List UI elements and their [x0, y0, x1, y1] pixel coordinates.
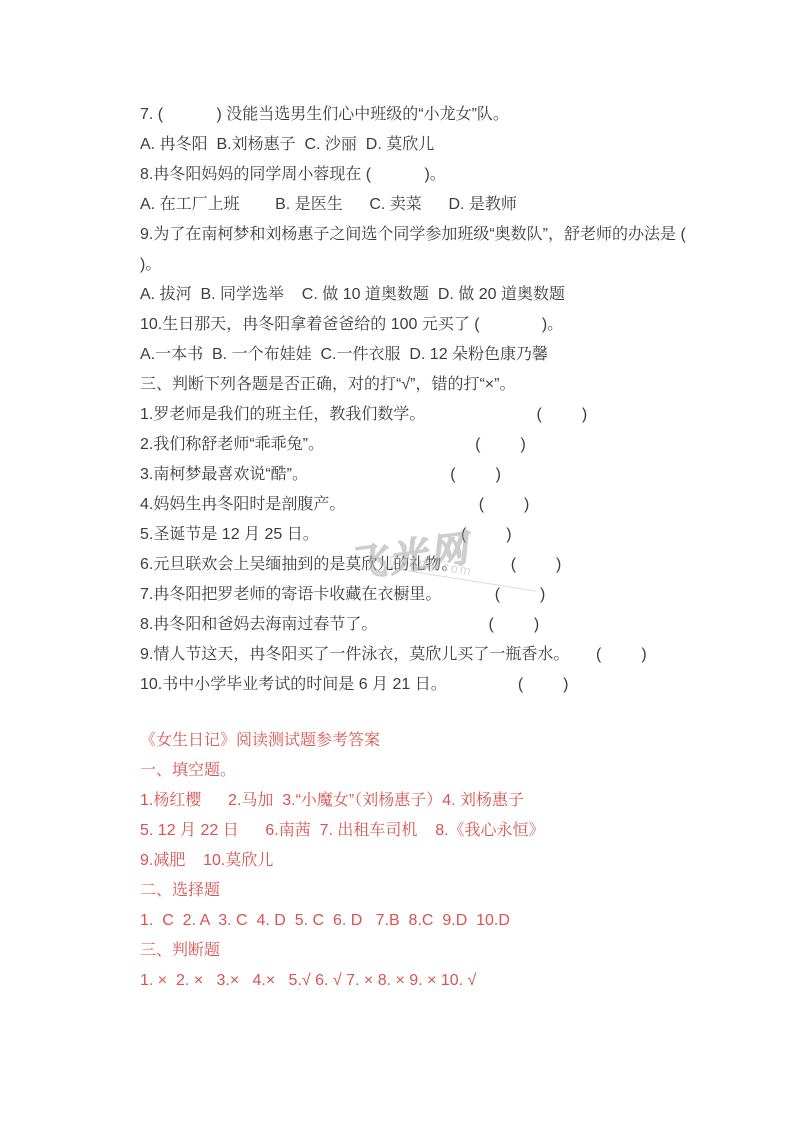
choice-question-9-options: A. 拔河 B. 同学选举 C. 做 10 道奥数题 D. 做 20 道奥数题 — [140, 280, 730, 310]
judge-question-9: 9.情人节这天，冉冬阳买了一件泳衣，莫欣儿买了一瓶香水。 ( ) — [140, 640, 730, 670]
choice-question-8-options: A. 在工厂上班 B. 是医生 C. 卖菜 D. 是教师 — [140, 190, 730, 220]
choice-question-10-options: A.一本书 B. 一个布娃娃 C.一件衣服 D. 12 朵粉色康乃馨 — [140, 340, 730, 370]
judge-question-6: 6.元旦联欢会上吴缅抽到的是莫欣儿的礼物。 ( ) — [140, 550, 730, 580]
fill-answers-line-2: 5. 12 月 22 日 6.南茜 7. 出租车司机 8.《我心永恒》 — [140, 816, 730, 846]
judge-question-5: 5.圣诞节是 12 月 25 日。 ( ) — [140, 520, 730, 550]
choice-answers-heading: 二、选择题 — [140, 876, 730, 906]
choice-question-7-options: A. 冉冬阳 B.刘杨惠子 C. 沙丽 D. 莫欣儿 — [140, 130, 730, 160]
judge-question-7: 7.冉冬阳把罗老师的寄语卡收藏在衣橱里。 ( ) — [140, 580, 730, 610]
fill-answers-line-3: 9.减肥 10.莫欣儿 — [140, 846, 730, 876]
judge-answers-heading: 三、判断题 — [140, 936, 730, 966]
choice-question-9-text: 9.为了在南柯梦和刘杨惠子之间选个同学参加班级“奥数队”，舒老师的办法是 ( )… — [140, 220, 730, 280]
choice-answers-line: 1. C 2. A 3. C 4. D 5. C 6. D 7.B 8.C 9.… — [140, 906, 730, 936]
judge-question-10: 10.书中小学毕业考试的时间是 6 月 21 日。 ( ) — [140, 670, 730, 700]
choice-question-8-text: 8.冉冬阳妈妈的同学周小蓉现在 ( )。 — [140, 160, 730, 190]
judge-question-8: 8.冉冬阳和爸妈去海南过春节了。 ( ) — [140, 610, 730, 640]
fill-answers-heading: 一、填空题。 — [140, 756, 730, 786]
section-gap — [140, 700, 730, 726]
judge-question-2: 2.我们称舒老师“乖乖兔”。 ( ) — [140, 430, 730, 460]
choice-question-7-text: 7. ( ) 没能当选男生们心中班级的“小龙女”队。 — [140, 100, 730, 130]
test-paper-content: 7. ( ) 没能当选男生们心中班级的“小龙女”队。 A. 冉冬阳 B.刘杨惠子… — [140, 100, 730, 996]
judge-question-4: 4.妈妈生冉冬阳时是剖腹产。 ( ) — [140, 490, 730, 520]
judge-section-heading: 三、判断下列各题是否正确，对的打“√”，错的打“×”。 — [140, 370, 730, 400]
answer-key-title: 《女生日记》阅读测试题参考答案 — [140, 726, 730, 756]
choice-question-10-text: 10.生日那天，冉冬阳拿着爸爸给的 100 元买了 ( )。 — [140, 310, 730, 340]
document-page: 7. ( ) 没能当选男生们心中班级的“小龙女”队。 A. 冉冬阳 B.刘杨惠子… — [0, 0, 793, 1122]
answer-key-section: 《女生日记》阅读测试题参考答案 一、填空题。 1.杨红樱 2.马加 3.“小魔女… — [140, 726, 730, 996]
judge-question-3: 3.南柯梦最喜欢说“酷”。 ( ) — [140, 460, 730, 490]
judge-answers-line: 1. × 2. × 3.× 4.× 5.√ 6. √ 7. × 8. × 9. … — [140, 966, 730, 996]
judge-question-1: 1.罗老师是我们的班主任，教我们数学。 ( ) — [140, 400, 730, 430]
fill-answers-line-1: 1.杨红樱 2.马加 3.“小魔女”（刘杨惠子）4. 刘杨惠子 — [140, 786, 730, 816]
